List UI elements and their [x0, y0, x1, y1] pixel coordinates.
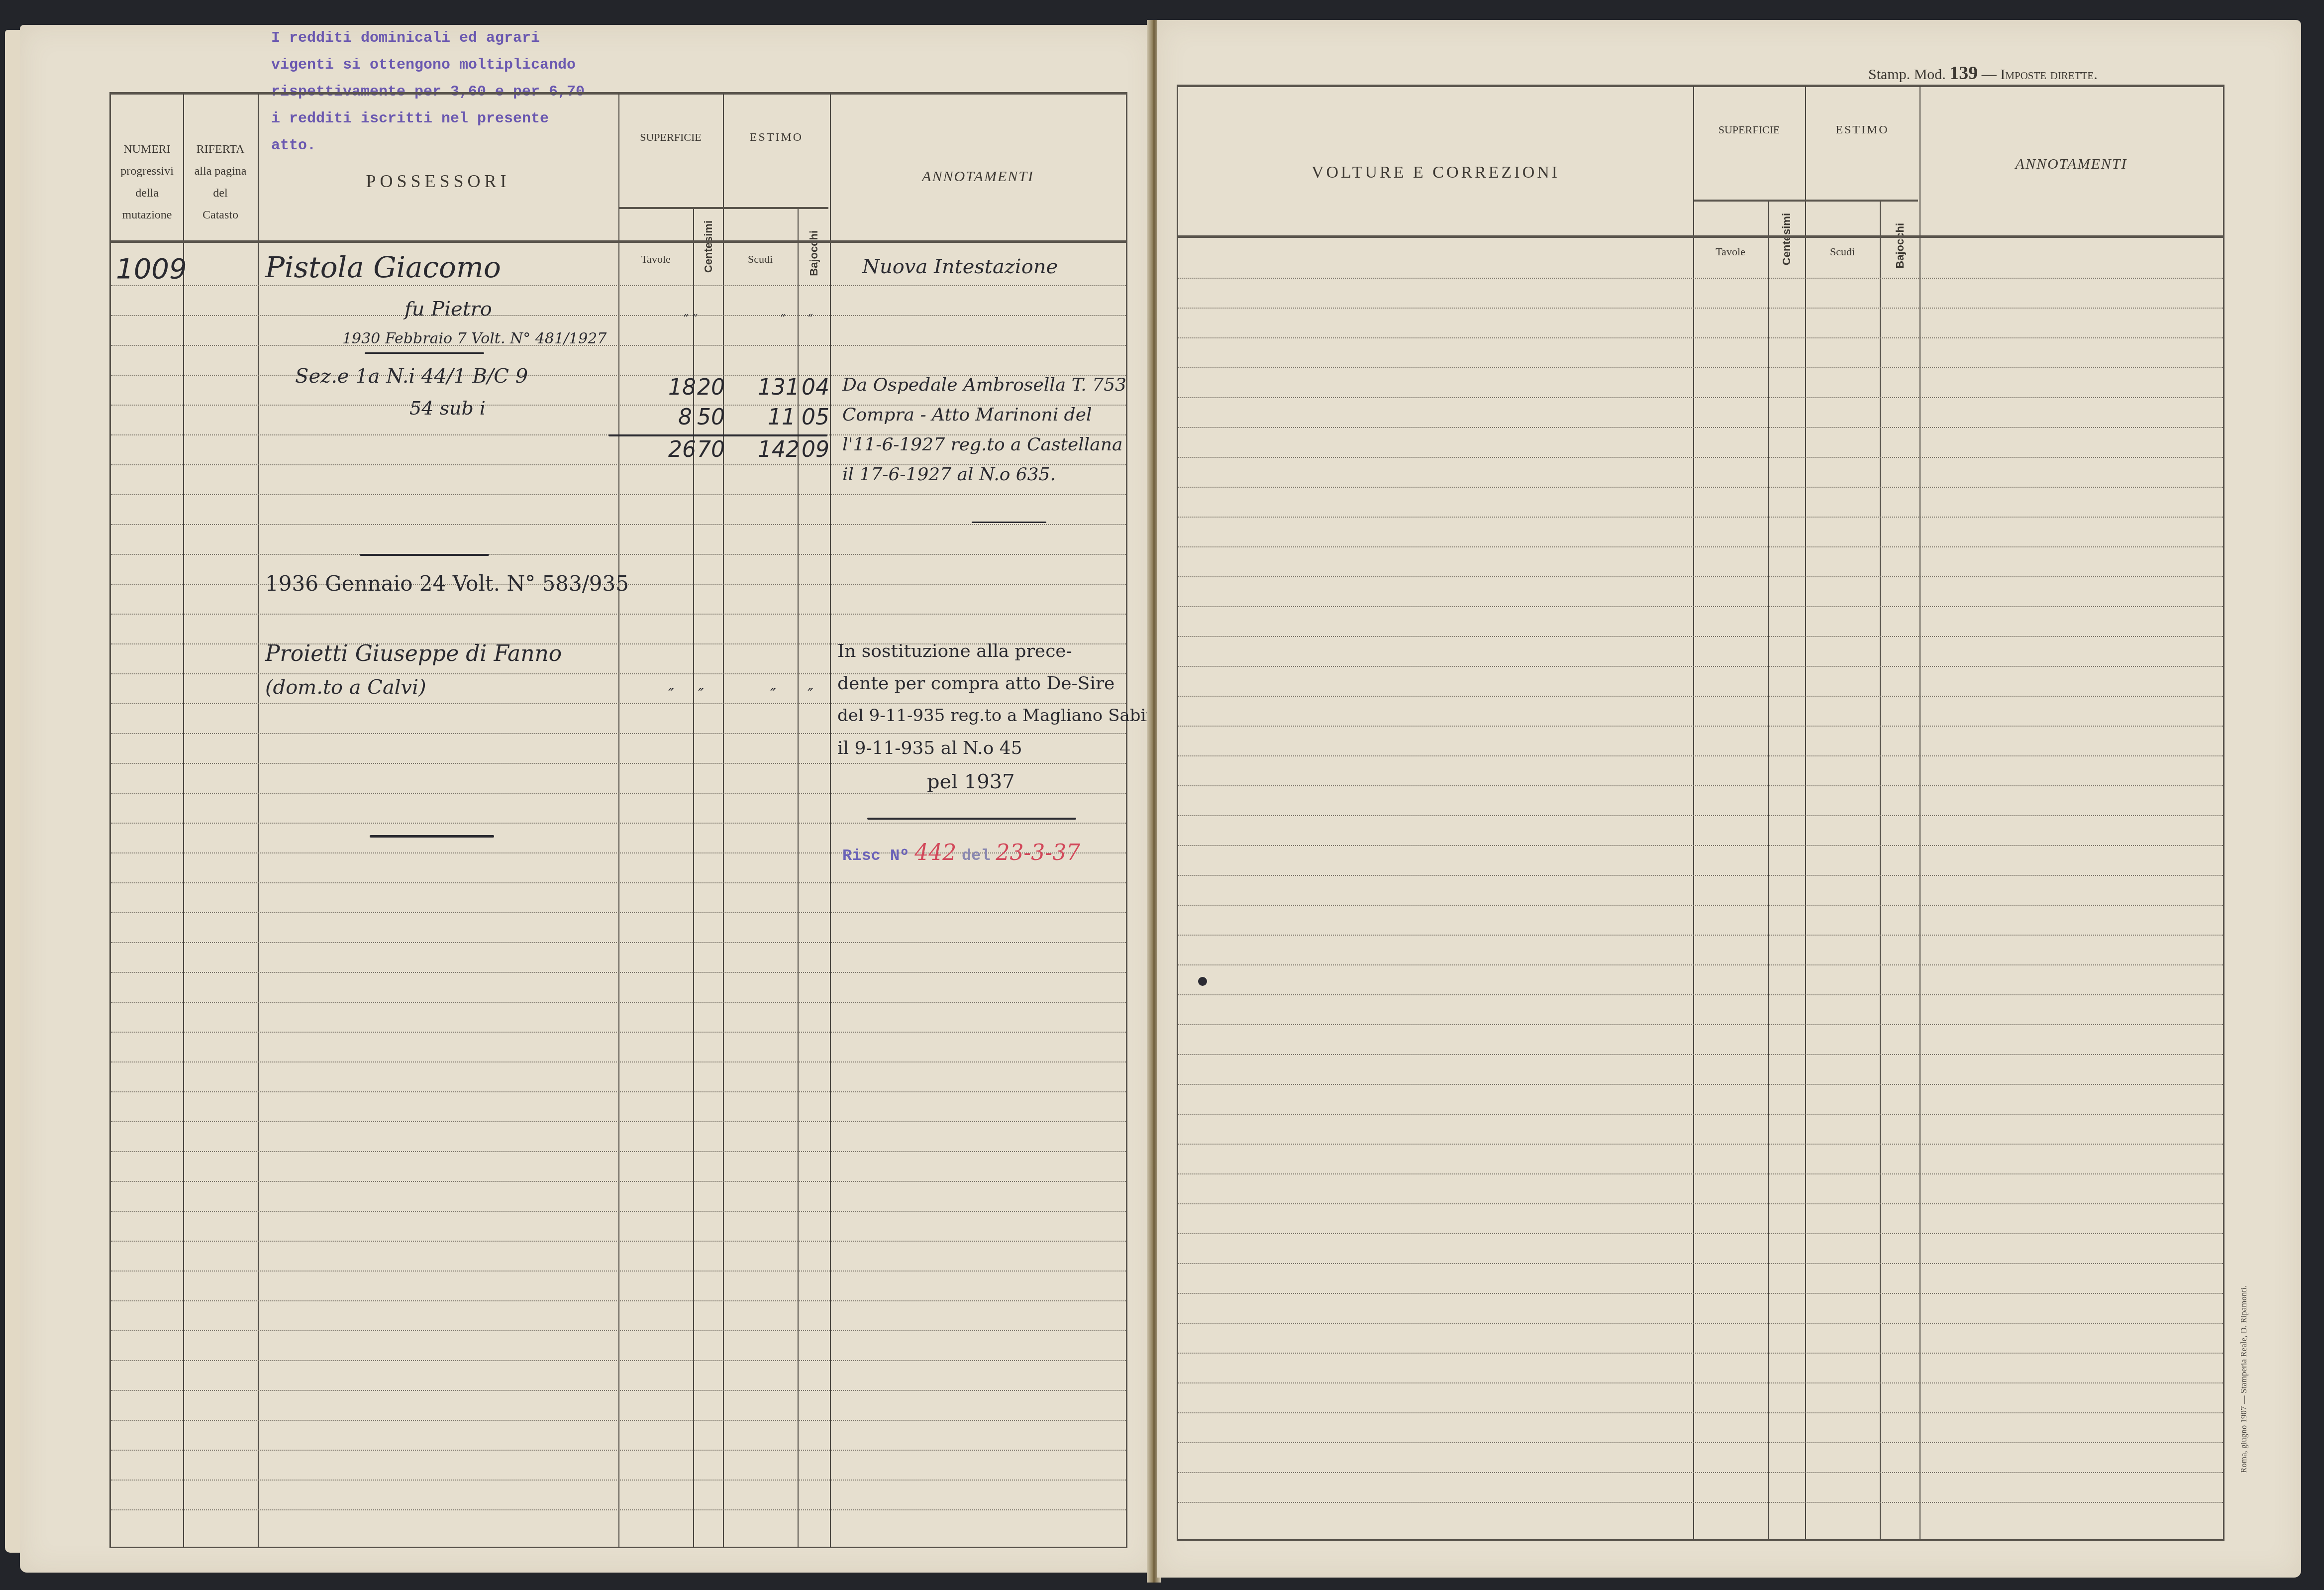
col-divider	[723, 94, 724, 1547]
total-centesimi: 70	[697, 437, 725, 462]
sum-rule	[608, 434, 827, 436]
owner-2-note: (dom.to a Calvi)	[265, 676, 426, 699]
header-bajocchi: Bajocchi	[808, 230, 820, 276]
header-sub-rule	[1694, 200, 1918, 202]
riscossione-stamp: Risc Nº 442 del 23-3-37	[842, 840, 1080, 869]
ditto-mark: ″	[770, 686, 776, 703]
owner-1-father: fu Pietro	[404, 298, 492, 320]
header-estimo: ESTIMO	[723, 131, 830, 144]
separator-line	[370, 835, 494, 838]
risc-del-label: del	[962, 847, 991, 865]
risc-date: 23-3-37	[996, 840, 1080, 865]
stamp-line: vigenti si ottengono moltiplicando	[271, 52, 590, 79]
annotation-line: Da Ospedale Ambrosella T. 753	[842, 375, 1126, 395]
header-text: RIFERTA	[183, 138, 258, 160]
col-divider	[1920, 86, 1920, 1539]
header-text: alla pagina	[183, 160, 258, 182]
annotation-line: il 9-11-935 al N.o 45	[837, 738, 1022, 758]
bajocchi-2: 05	[802, 405, 829, 430]
ditto-mark: “ “	[683, 313, 698, 325]
header-rule	[111, 240, 1126, 243]
ditto-mark: ″	[698, 686, 704, 703]
centesimi-1: 20	[697, 375, 725, 400]
printer-imprint: Roma, giugno 1907 — Stamperia Reale, D. …	[2239, 1214, 2249, 1473]
col-divider	[1768, 201, 1769, 1539]
col-divider	[1693, 86, 1694, 1539]
total-scudi: 142	[758, 437, 800, 462]
annotation-line: dente per compra atto De-Sire	[837, 673, 1114, 694]
header-possessori: POSSESSORI	[258, 171, 618, 192]
ditto-mark: ″	[668, 686, 674, 703]
header-annotamenti: ANNOTAMENTI	[1920, 156, 2223, 173]
mutation-number: 1009	[116, 253, 187, 285]
col-divider	[1880, 201, 1881, 1539]
header-text: mutazione	[111, 204, 183, 226]
risc-label: Risc Nº	[842, 847, 909, 865]
header-bajocchi: Bajocchi	[1894, 223, 1907, 269]
parcel-ref: Sez.e 1a N.i 44/1 B/C 9	[295, 365, 528, 388]
header-text: della	[111, 182, 183, 204]
header-tavole: Tavole	[618, 253, 693, 266]
underline	[972, 522, 1046, 523]
parcel-sub: 54 sub i	[409, 397, 486, 419]
header-tavole: Tavole	[1693, 245, 1768, 258]
underline	[365, 352, 484, 354]
header-riferta: RIFERTA alla pagina del Catasto	[183, 138, 258, 226]
annotation-line: In sostituzione alla prece-	[837, 641, 1072, 661]
scudi-1: 131	[758, 375, 800, 400]
centesimi-2: 50	[697, 405, 725, 430]
col-divider	[693, 208, 694, 1547]
stamp-line: I redditi dominicali ed agrari	[271, 25, 590, 52]
annotation-line: l'11-6-1927 reg.to a Castellana	[842, 434, 1122, 455]
voltura-1: 1930 Febbraio 7 Volt. N° 481/1927	[342, 330, 606, 347]
voltura-2: 1936 Gennaio 24 Volt. N° 583/935	[265, 571, 629, 596]
header-text: progressivi	[111, 160, 183, 182]
col-divider	[618, 94, 619, 1547]
tavole-1: 18	[668, 375, 696, 400]
owner-1-name: Pistola Giacomo	[265, 250, 501, 284]
total-bajocchi: 09	[802, 437, 829, 462]
separator-line	[867, 818, 1076, 820]
header-rule	[1178, 235, 2223, 238]
ditto-mark: “	[780, 313, 786, 325]
left-ledger-table: NUMERI progressivi della mutazione RIFER…	[109, 92, 1127, 1548]
form-model-label: Stamp. Mod. 139 — Imposte dirette.	[1868, 62, 2098, 84]
col-divider	[798, 208, 799, 1547]
owner-2-name: Proietti Giuseppe di Fanno	[265, 641, 562, 666]
bajocchi-1: 04	[802, 375, 829, 400]
form-suffix: — Imposte dirette.	[1982, 66, 2098, 83]
risc-number: 442	[914, 840, 956, 865]
left-page: I redditi dominicali ed agrari vigenti s…	[20, 25, 1154, 1573]
ink-blot	[1198, 977, 1207, 986]
form-number: 139	[1949, 63, 1978, 84]
scudi-2: 11	[768, 405, 796, 430]
header-centesimi: Centesimi	[1780, 213, 1793, 265]
right-ledger-table: VOLTURE E CORREZIONI SUPERFICIE ESTIMO T…	[1177, 85, 2224, 1541]
header-centesimi: Centesimi	[702, 220, 715, 273]
right-page: Stamp. Mod. 139 — Imposte dirette. VOLTU…	[1157, 20, 2301, 1578]
annotation-nuova-intestazione: Nuova Intestazione	[862, 255, 1058, 278]
header-superficie: SUPERFICIE	[1693, 123, 1805, 136]
header-annotamenti: ANNOTAMENTI	[830, 168, 1126, 185]
ditto-mark: “	[808, 313, 813, 325]
header-sub-rule	[619, 207, 828, 209]
col-divider	[258, 94, 259, 1547]
header-superficie: SUPERFICIE	[618, 131, 723, 144]
header-text: Catasto	[183, 204, 258, 226]
tavole-2: 8	[678, 405, 692, 430]
annotation-line: Compra - Atto Marinoni del	[842, 405, 1092, 425]
top-rule	[1178, 85, 2223, 87]
header-numeri: NUMERI progressivi della mutazione	[111, 138, 183, 226]
col-divider	[183, 94, 184, 1547]
total-tavole: 26	[668, 437, 696, 462]
annotation-year: pel 1937	[927, 770, 1015, 793]
header-scudi: Scudi	[723, 253, 798, 266]
header-text: del	[183, 182, 258, 204]
col-divider	[830, 94, 831, 1547]
header-estimo: ESTIMO	[1805, 123, 1920, 137]
ditto-mark: ″	[808, 686, 813, 703]
header-scudi: Scudi	[1805, 245, 1880, 258]
annotation-line: del 9-11-935 reg.to a Magliano Sabina	[837, 706, 1167, 726]
separator-line	[360, 554, 489, 556]
header-volture: VOLTURE E CORREZIONI	[1178, 163, 1693, 182]
annotation-line: il 17-6-1927 al N.o 635.	[842, 464, 1056, 485]
header-text: NUMERI	[111, 138, 183, 160]
col-divider	[1805, 86, 1806, 1539]
form-prefix: Stamp. Mod.	[1868, 66, 1946, 83]
